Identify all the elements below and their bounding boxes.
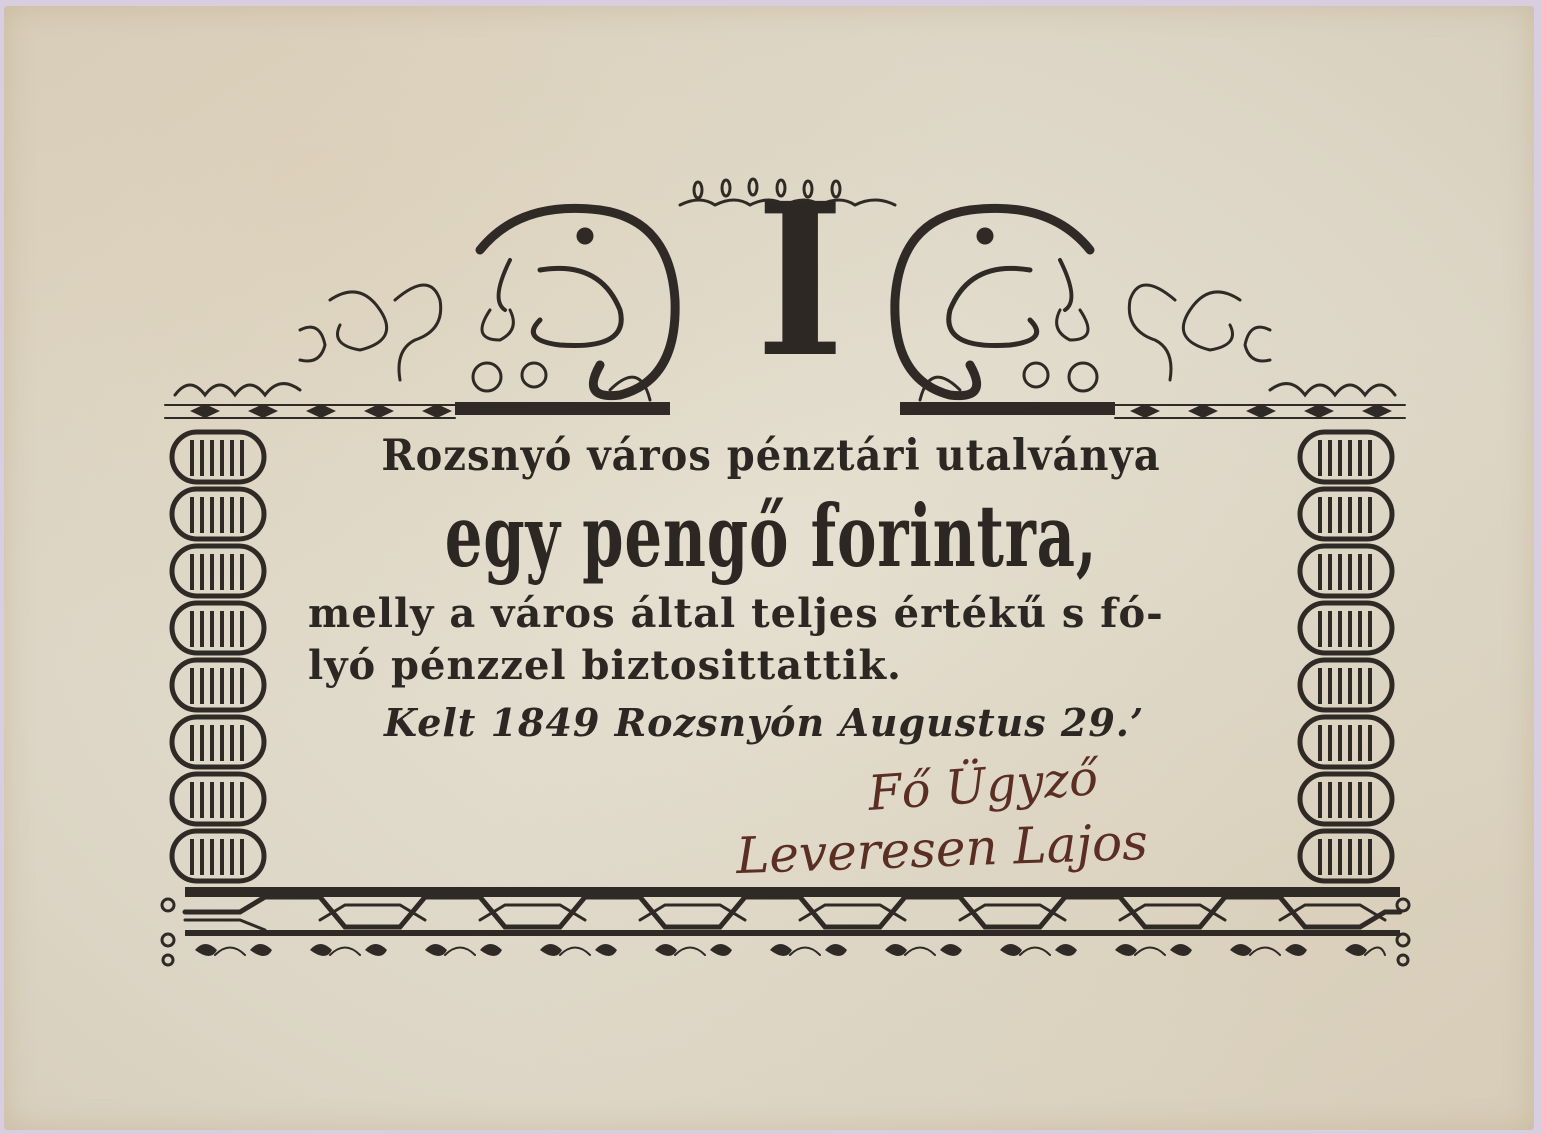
diamond-band-right: [1115, 404, 1405, 418]
date-line: Kelt 1849 Rozsnyón Augustus 29.’: [384, 700, 1144, 745]
body-line-1: melly a város által teljes értékű s fó-: [308, 590, 1164, 637]
issuer-line: Rozsnyó város pénztári utalványa: [0, 430, 1542, 481]
bottom-interlace-band: [162, 887, 1409, 965]
left-scroll-ornament: [175, 208, 675, 415]
diamond-band-left: [165, 404, 455, 418]
denomination-numeral: I: [756, 196, 826, 372]
right-scroll-ornament: [895, 208, 1395, 415]
date-text: Kelt 1849 Rozsnyón Augustus 29.: [384, 700, 1130, 745]
body-line-2: lyó pénzzel biztosittattik.: [308, 642, 902, 689]
date-mark: ’: [1130, 700, 1144, 745]
value-line: egy pengő forintra,: [170, 487, 1373, 587]
